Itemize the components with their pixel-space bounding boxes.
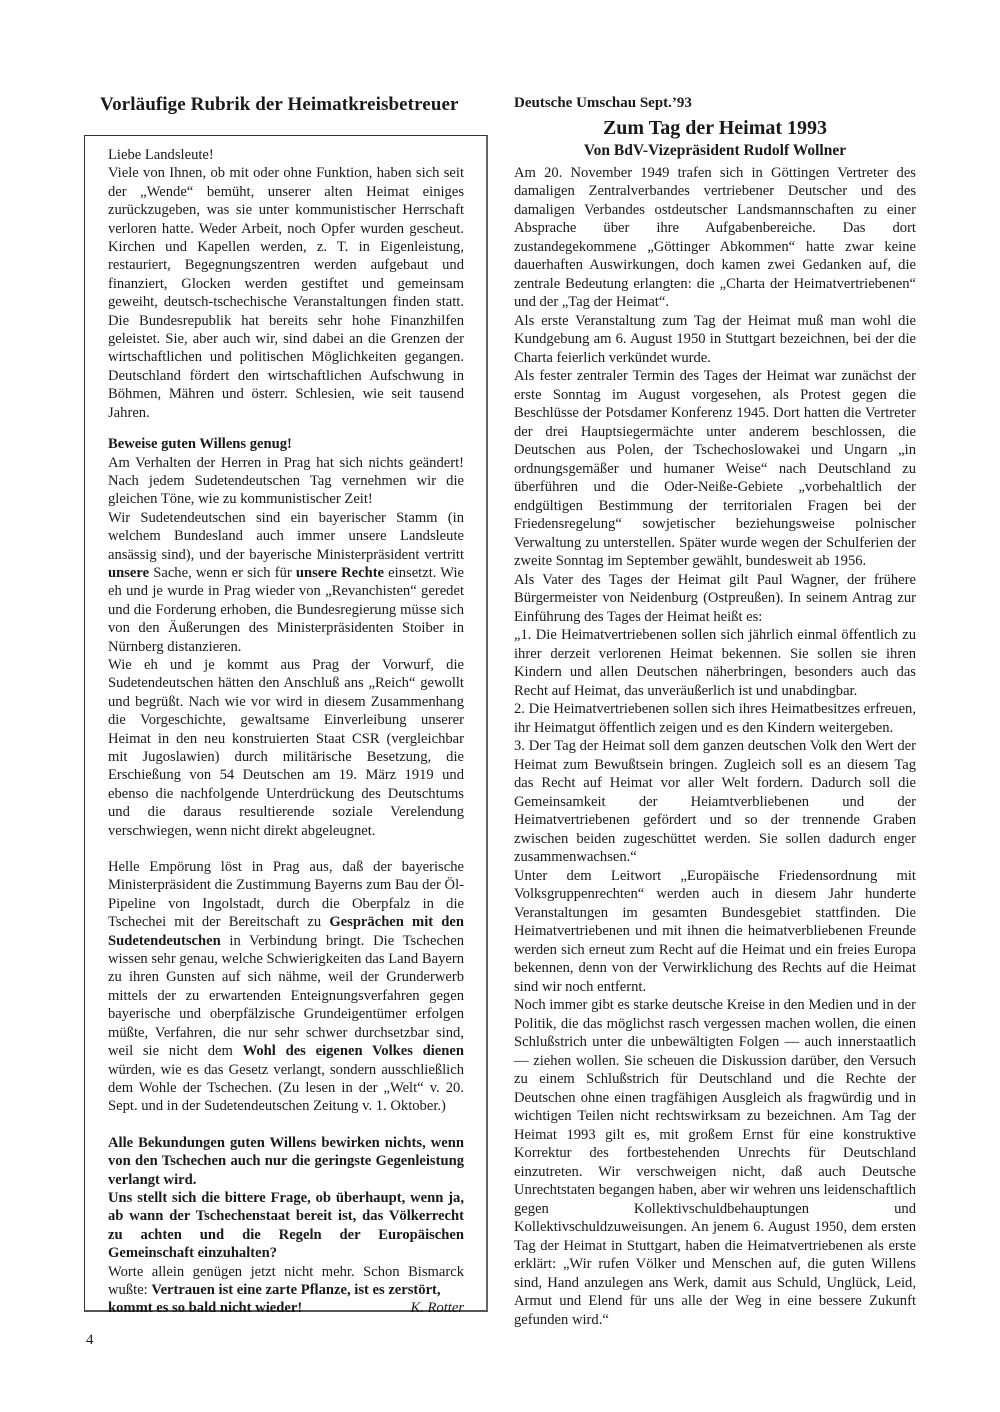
paragraph: Worte allein genügen jetzt nicht mehr. S…: [108, 1263, 464, 1300]
text: würden, wie es das Gesetz verlangt, sond…: [108, 1062, 464, 1115]
paragraph: Als erste Veranstaltung zum Tag der Heim…: [514, 312, 916, 368]
left-article-body: Liebe Landsleute! Viele von Ihnen, ob mi…: [108, 146, 464, 1318]
text: Sache, wenn er sich für: [149, 565, 296, 581]
bold-text: unsere: [108, 565, 149, 581]
paragraph: Am 20. November 1949 trafen sich in Gött…: [514, 164, 916, 312]
left-article-title: Vorläufige Rubrik der Heimatkreisbetreue…: [100, 94, 480, 116]
source-line: Deutsche Umschau Sept.’93: [514, 94, 916, 113]
closing-line: kommt es so bald nicht wieder!K. Rotter: [108, 1299, 464, 1317]
subheading-text: Beweise guten Willens genug!: [108, 436, 292, 452]
spacer: [108, 422, 464, 435]
signature: K. Rotter: [410, 1299, 464, 1317]
paragraph: 3. Der Tag der Heimat soll dem ganzen de…: [514, 737, 916, 867]
paragraph: Als Vater des Tages der Heimat gilt Paul…: [514, 571, 916, 627]
byline: Von BdV-Vizepräsident Rudolf Wollner: [514, 141, 916, 161]
spacer: [108, 1116, 464, 1134]
bold-text: Uns stellt sich die bittere Frage, ob üb…: [108, 1190, 464, 1261]
paragraph: Wie eh und je kommt aus Prag der Vorwurf…: [108, 656, 464, 840]
spacer: [108, 840, 464, 858]
greeting: Liebe Landsleute!: [108, 146, 464, 164]
paragraph: Wir Sudetendeutschen sind ein bayerische…: [108, 509, 464, 656]
paragraph: Am Verhalten der Herren in Prag hat sich…: [108, 454, 464, 509]
text: Wir Sudetendeutschen sind ein bayerische…: [108, 510, 464, 563]
article-title: Zum Tag der Heimat 1993: [514, 115, 916, 141]
right-article: Deutsche Umschau Sept.’93 Zum Tag der He…: [514, 94, 916, 1329]
paragraph: „1. Die Heimatvertriebenen sollen sich j…: [514, 626, 916, 700]
paragraph: Helle Empörung löst in Prag aus, daß der…: [108, 858, 464, 1116]
paragraph: Unter dem Leitwort „Europäische Friedens…: [514, 867, 916, 997]
paragraph: Noch immer gibt es starke deutsche Kreis…: [514, 996, 916, 1329]
bold-text: kommt es so bald nicht wieder!: [108, 1299, 302, 1317]
text: in Verbindung bringt. Die Tschechen wiss…: [108, 933, 464, 1059]
paragraph: Viele von Ihnen, ob mit oder ohne Funkti…: [108, 164, 464, 422]
page-number: 4: [86, 1332, 94, 1349]
bold-text: Alle Bekundungen guten Willens bewirken …: [108, 1135, 464, 1188]
paragraph: 2. Die Heimatvertriebenen sollen sich ih…: [514, 700, 916, 737]
bold-text: Vertrauen ist eine zarte Pflanze, ist es…: [151, 1282, 440, 1298]
bold-text: unsere Rechte: [296, 565, 384, 581]
bold-paragraph: Uns stellt sich die bittere Frage, ob üb…: [108, 1189, 464, 1263]
bold-paragraph: Alle Bekundungen guten Willens bewirken …: [108, 1134, 464, 1189]
paragraph: Als fester zentraler Termin des Tages de…: [514, 367, 916, 571]
bold-text: Wohl des eigenen Volkes dienen: [243, 1043, 464, 1059]
subheading: Beweise guten Willens genug!: [108, 435, 464, 453]
